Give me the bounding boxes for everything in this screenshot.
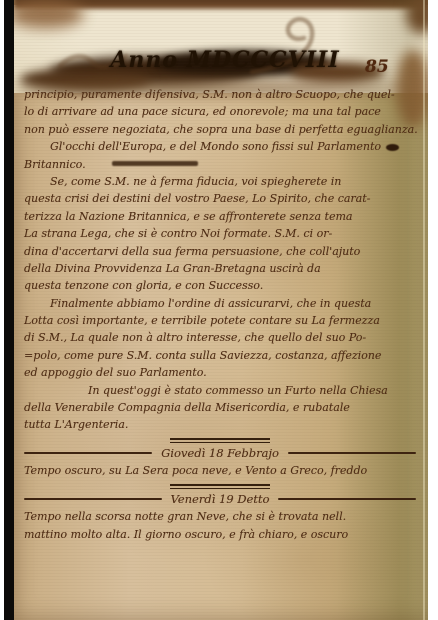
section-divider <box>170 484 270 490</box>
heading-rule-right <box>278 498 416 500</box>
text-line: Lotta così importante, e terribile potet… <box>24 312 416 329</box>
weather-entry-line: Tempo nella scorsa notte gran Neve, che … <box>24 508 416 525</box>
weather-entry-line: Tempo oscuro, su La Sera poca neve, e Ve… <box>24 462 416 479</box>
text-line: principio, puramente difensiva, S.M. non… <box>24 86 416 103</box>
date-heading-row: Venerdì 19 Detto <box>24 491 416 507</box>
weather-section: Venerdì 19 Detto Tempo nella scorsa nott… <box>24 484 416 543</box>
page-number: 85 <box>365 57 389 77</box>
text-line: di S.M., La quale non à altro interesse,… <box>24 329 416 346</box>
text-line: non può essere negoziata, che sopra una … <box>24 121 416 138</box>
text-line: Finalmente abbiamo l'ordine di assicurar… <box>24 295 416 312</box>
text-line: Se, come S.M. ne à ferma fiducia, voi sp… <box>24 173 416 190</box>
heading-rule-left <box>24 452 152 454</box>
text-line: terizza la Nazione Britannica, e se affr… <box>24 208 416 225</box>
section-divider <box>170 438 270 444</box>
heading-rule-left <box>24 498 162 500</box>
page-title: Anno MDCCCVIII <box>100 47 350 73</box>
weather-section: Giovedì 18 Febbrajo Tempo oscuro, su La … <box>24 438 416 480</box>
ink-smear <box>112 161 198 166</box>
text-line: La strana Lega, che si è contro Noi form… <box>24 225 416 242</box>
text-line: della Venerabile Compagnia della Miseric… <box>24 399 416 416</box>
text-line: tutta L'Argenteria. <box>24 416 416 433</box>
date-heading: Venerdì 19 Detto <box>162 492 279 506</box>
weather-entry-line: mattino molto alta. Il giorno oscuro, e … <box>24 526 416 543</box>
manuscript-page: Anno MDCCCVIII 85 principio, puramente d… <box>14 0 428 620</box>
page-edge-crease <box>423 0 425 620</box>
ink-blot <box>386 144 399 151</box>
date-heading: Giovedì 18 Febbrajo <box>152 446 288 460</box>
text-line: =polo, come pure S.M. conta sulla Saviez… <box>24 347 416 364</box>
date-heading-row: Giovedì 18 Febbrajo <box>24 445 416 461</box>
text-line: ed appoggio del suo Parlamento. <box>24 364 416 381</box>
text-line-text: Britannico. <box>24 158 86 171</box>
scan-edge-strip <box>4 0 14 620</box>
heading-rule-right <box>288 452 416 454</box>
text-line: In quest'oggi è stato commesso un Furto … <box>24 382 416 399</box>
text-line: della Divina Provvidenza La Gran-Bretagn… <box>24 260 416 277</box>
manuscript-text: principio, puramente difensiva, S.M. non… <box>24 86 416 543</box>
text-line: dina d'accertarvi della sua ferma persua… <box>24 243 416 260</box>
text-line: questa tenzone con gloria, e con Success… <box>24 277 416 294</box>
manuscript-scan: Anno MDCCCVIII 85 principio, puramente d… <box>0 0 438 620</box>
text-line: lo di arrivare ad una pace sicura, ed on… <box>24 103 416 120</box>
text-line: Gl'occhi dell'Europa, e del Mondo sono f… <box>24 138 416 155</box>
text-line-text: Gl'occhi dell'Europa, e del Mondo sono f… <box>50 140 381 153</box>
text-line: Britannico. <box>24 156 416 173</box>
text-line: questa crisi dei destini del vostro Paes… <box>24 190 416 207</box>
